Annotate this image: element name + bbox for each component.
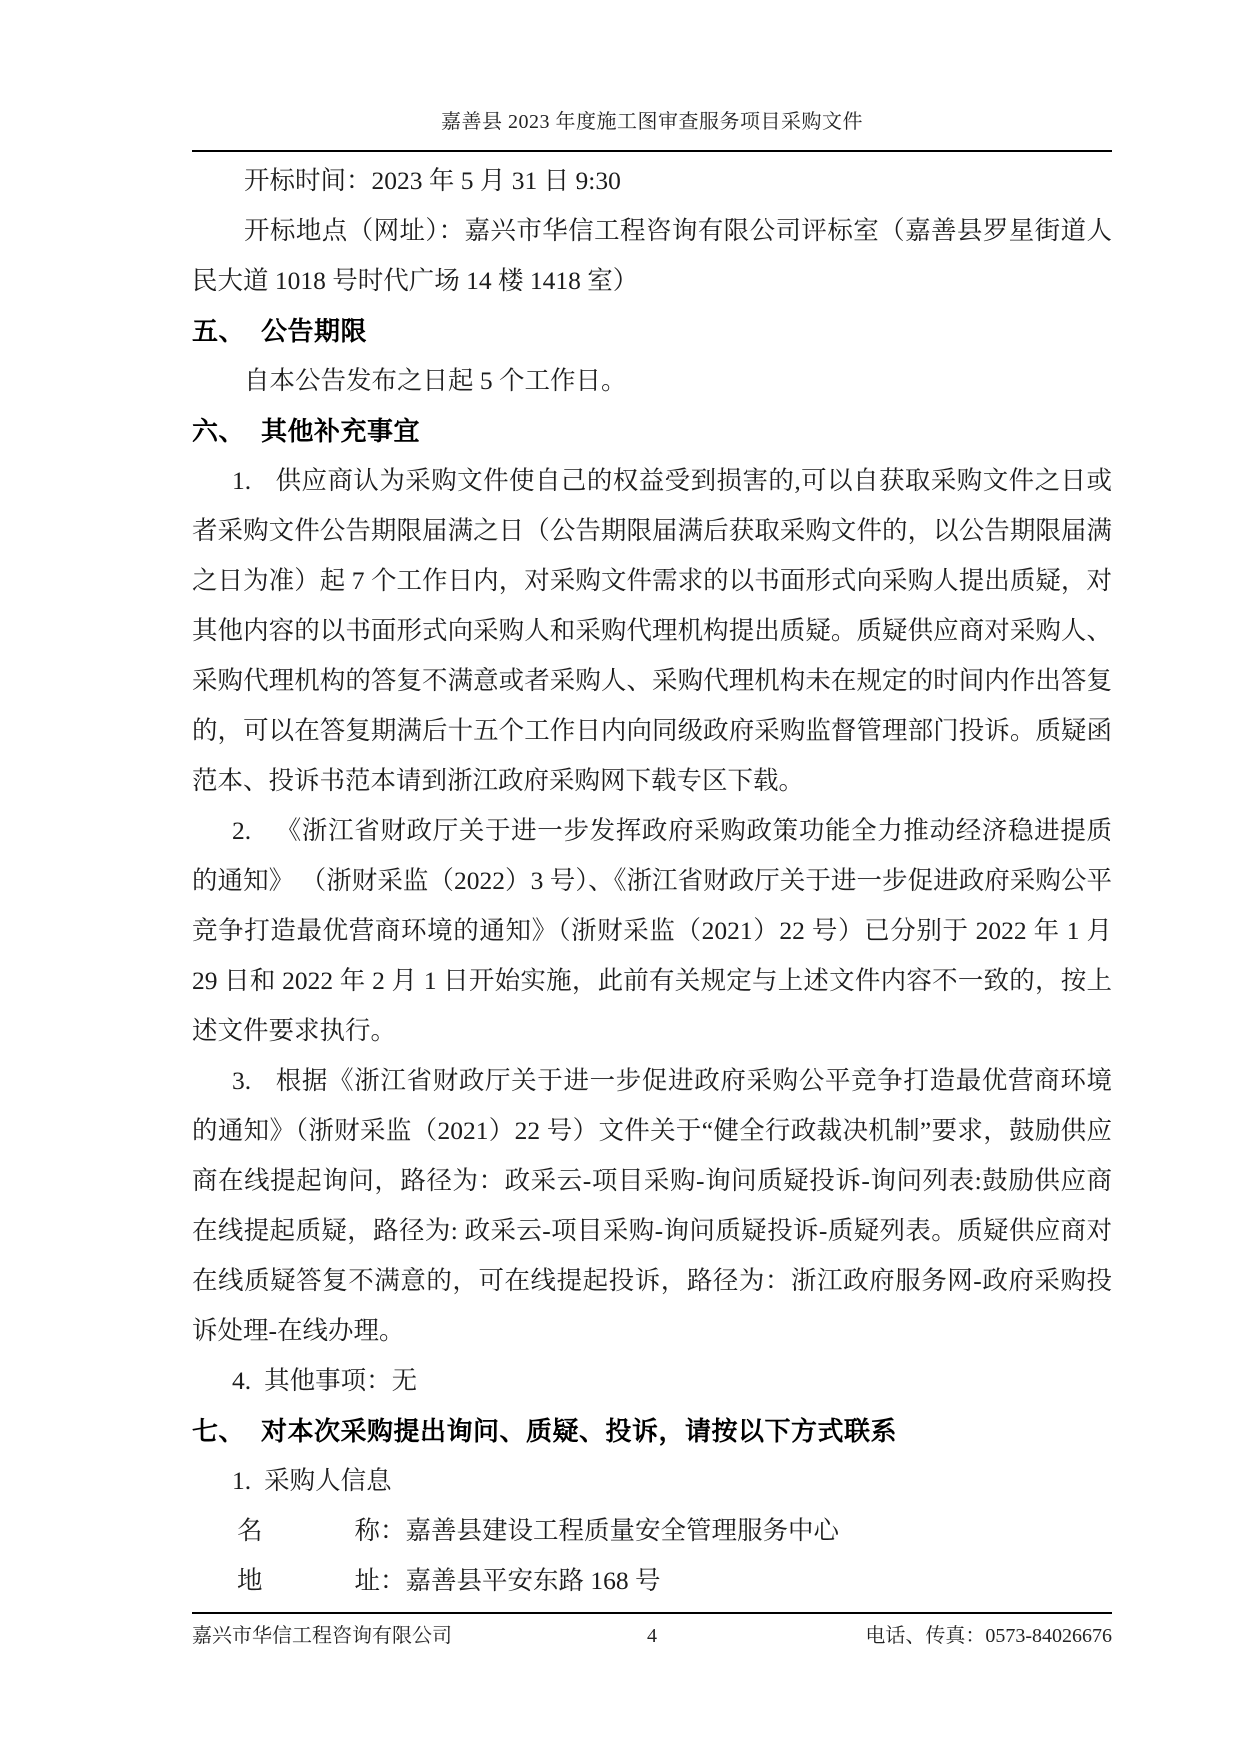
- footer-page-number: 4: [499, 1623, 806, 1649]
- bid-open-time: 开标时间：2023 年 5 月 31 日 9:30: [192, 156, 1112, 206]
- list-item-text: 采购人信息: [264, 1466, 392, 1495]
- page-footer: 嘉兴市华信工程咨询有限公司 4 电话、传真：0573-84026676: [192, 1612, 1112, 1649]
- list-item-text: 其他事项：无: [264, 1366, 417, 1395]
- list-item-text: 根据《浙江省财政厅关于进一步促进政府采购公平竞争打造最优营商环境的通知》（浙财采…: [192, 1066, 1112, 1345]
- list-item-text: 供应商认为采购文件使自己的权益受到损害的,可以自获取采购文件之日或者采购文件公告…: [192, 466, 1112, 795]
- purchaser-address-label-start: 地: [237, 1566, 263, 1595]
- header-rule: [192, 150, 1112, 152]
- section-5-content: 自本公告发布之日起 5 个工作日。: [192, 356, 1112, 406]
- section-number: 七、: [192, 1416, 245, 1446]
- section-number: 五、: [192, 316, 245, 346]
- section-number: 六、: [192, 416, 245, 446]
- list-item-text: 《浙江省财政厅关于进一步发挥政府采购政策功能全力推动经济稳进提质的通知》 （浙财…: [192, 816, 1112, 1045]
- purchaser-name-value: 嘉善县建设工程质量安全管理服务中心: [406, 1516, 840, 1545]
- document-page: 嘉善县 2023 年度施工图审查服务项目采购文件 开标时间：2023 年 5 月…: [0, 0, 1241, 1754]
- purchaser-address-value: 嘉善县平安东路 168 号: [406, 1566, 661, 1595]
- footer-company: 嘉兴市华信工程咨询有限公司: [192, 1623, 499, 1649]
- purchaser-name-label-end: 称：: [355, 1516, 406, 1545]
- section-title: 其他补充事宜: [261, 416, 420, 446]
- purchaser-name-row: 名称：嘉善县建设工程质量安全管理服务中心: [192, 1506, 1112, 1556]
- purchaser-address-label-end: 址：: [355, 1566, 406, 1595]
- header-title: 嘉善县 2023 年度施工图审查服务项目采购文件: [192, 106, 1112, 138]
- section-title: 公告期限: [261, 316, 367, 346]
- bid-open-place: 开标地点（网址）：嘉兴市华信工程咨询有限公司评标室（嘉善县罗星街道人民大道 10…: [192, 206, 1112, 306]
- document-content: 嘉善县 2023 年度施工图审查服务项目采购文件 开标时间：2023 年 5 月…: [192, 0, 1112, 1606]
- section-heading-7: 七、对本次采购提出询问、质疑、投诉，请按以下方式联系: [192, 1406, 1112, 1456]
- purchaser-address-row: 地址：嘉善县平安东路 168 号: [192, 1556, 1112, 1606]
- list-item-number: 3.: [232, 1066, 251, 1095]
- footer-phone-fax: 电话、传真：0573-84026676: [805, 1623, 1112, 1649]
- list-item-4: 4.其他事项：无: [192, 1356, 1112, 1406]
- document-body: 开标时间：2023 年 5 月 31 日 9:30 开标地点（网址）：嘉兴市华信…: [192, 156, 1112, 1606]
- list-item-number: 1.: [232, 1466, 251, 1495]
- list-item-number: 4.: [232, 1366, 251, 1395]
- section-heading-6: 六、其他补充事宜: [192, 406, 1112, 456]
- purchaser-info-heading: 1.采购人信息: [192, 1456, 1112, 1506]
- purchaser-name-label-start: 名: [237, 1516, 263, 1545]
- list-item-2: 2.《浙江省财政厅关于进一步发挥政府采购政策功能全力推动经济稳进提质的通知》 （…: [192, 806, 1112, 1056]
- list-item-number: 2.: [232, 816, 251, 845]
- section-title: 对本次采购提出询问、质疑、投诉，请按以下方式联系: [261, 1416, 897, 1446]
- list-item-number: 1.: [232, 466, 251, 495]
- list-item-1: 1.供应商认为采购文件使自己的权益受到损害的,可以自获取采购文件之日或者采购文件…: [192, 456, 1112, 806]
- section-heading-5: 五、公告期限: [192, 306, 1112, 356]
- footer-row: 嘉兴市华信工程咨询有限公司 4 电话、传真：0573-84026676: [192, 1614, 1112, 1649]
- list-item-3: 3.根据《浙江省财政厅关于进一步促进政府采购公平竞争打造最优营商环境的通知》（浙…: [192, 1056, 1112, 1356]
